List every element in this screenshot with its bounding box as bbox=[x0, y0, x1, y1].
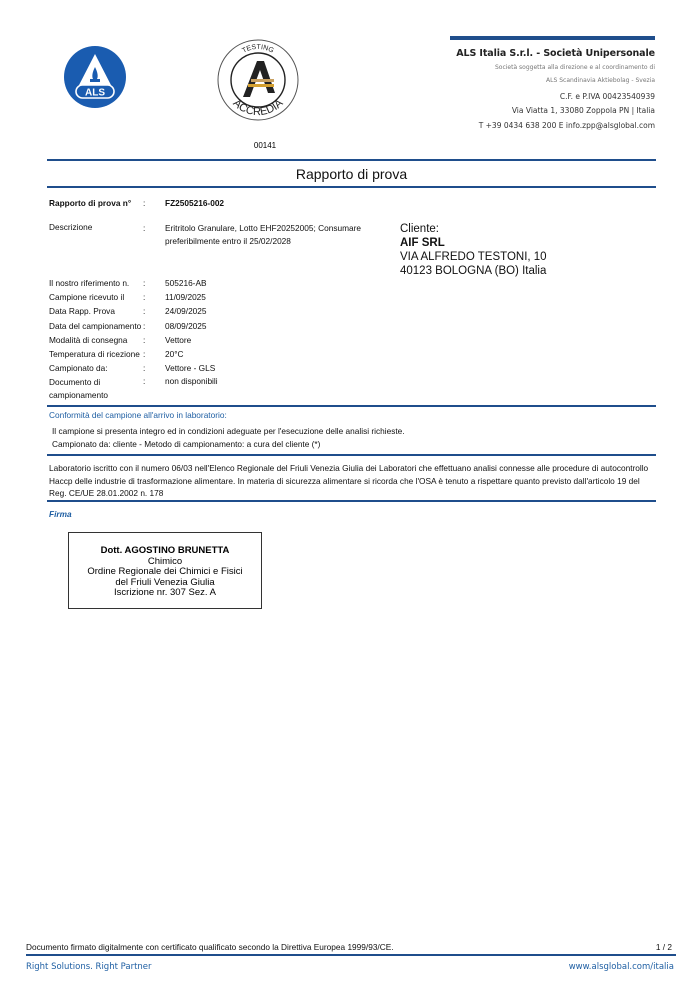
divider bbox=[47, 405, 656, 407]
field-label: Documento di campionamento bbox=[49, 376, 129, 401]
footer-divider bbox=[26, 954, 676, 956]
divider bbox=[47, 454, 656, 456]
description-label: Descrizione bbox=[49, 222, 144, 232]
colon: : bbox=[143, 349, 145, 359]
field-label: Campionato da: bbox=[49, 363, 144, 373]
client-block: Cliente: AIF SRL VIA ALFREDO TESTONI, 10… bbox=[400, 222, 547, 278]
signature-heading: Firma bbox=[49, 509, 72, 519]
client-address-1: VIA ALFREDO TESTONI, 10 bbox=[400, 250, 547, 264]
accredia-logo: TESTING ACCREDIA bbox=[217, 33, 299, 128]
company-sub-1: Società soggetta alla direzione e al coo… bbox=[456, 64, 655, 72]
als-logo: ALS bbox=[63, 45, 127, 109]
divider bbox=[47, 186, 656, 188]
field-value: 11/09/2025 bbox=[165, 292, 206, 302]
accreditation-number: 00141 bbox=[240, 141, 290, 150]
signer-registration: Iscrizione nr. 307 Sez. A bbox=[69, 588, 261, 599]
colon: : bbox=[143, 306, 145, 316]
company-header-bar bbox=[450, 36, 655, 40]
divider bbox=[47, 159, 656, 161]
field-value: 08/09/2025 bbox=[165, 321, 207, 331]
colon: : bbox=[143, 376, 145, 386]
client-name: AIF SRL bbox=[400, 236, 547, 250]
field-label: Campione ricevuto il bbox=[49, 292, 144, 302]
lab-registration-note: Laboratorio iscritto con il numero 06/03… bbox=[49, 462, 649, 500]
colon: : bbox=[143, 335, 145, 345]
colon: : bbox=[143, 223, 145, 233]
company-vat: C.F. e P.IVA 00423540939 bbox=[456, 92, 655, 101]
company-info: ALS Italia S.r.l. - Società Unipersonale… bbox=[456, 48, 655, 131]
field-label: Data del campionamento bbox=[49, 321, 144, 331]
signer-name: Dott. AGOSTINO BRUNETTA bbox=[69, 546, 261, 557]
footer-slogan: Right Solutions. Right Partner bbox=[26, 962, 152, 972]
colon: : bbox=[143, 321, 145, 331]
divider bbox=[47, 500, 656, 502]
conformity-line-1: Il campione si presenta integro ed in co… bbox=[52, 426, 405, 436]
field-value: Vettore bbox=[165, 335, 191, 345]
digital-signature-note: Documento firmato digitalmente con certi… bbox=[26, 942, 394, 952]
field-value: 24/09/2025 bbox=[165, 306, 207, 316]
client-label: Cliente: bbox=[400, 222, 547, 236]
colon: : bbox=[143, 292, 145, 302]
field-value: non disponibili bbox=[165, 376, 218, 386]
field-value: 505216-AB bbox=[165, 278, 207, 288]
description-line-2: preferibilmente entro il 25/02/2028 bbox=[165, 236, 291, 246]
description-line-1: Eritritolo Granulare, Lotto EHF20252005;… bbox=[165, 223, 361, 233]
conformity-title: Conformità del campione all'arrivo in la… bbox=[49, 410, 227, 420]
signer-order-1: Ordine Regionale dei Chimici e Fisici bbox=[69, 567, 261, 578]
colon: : bbox=[143, 278, 145, 288]
report-number-value: FZ2505216-002 bbox=[165, 198, 224, 208]
company-contact: T +39 0434 638 200 E info.zpp@alsglobal.… bbox=[456, 120, 655, 131]
field-value: Vettore - GLS bbox=[165, 363, 215, 373]
field-label: Modalità di consegna bbox=[49, 335, 144, 345]
page-title: Rapporto di prova bbox=[47, 166, 656, 182]
svg-text:ALS: ALS bbox=[85, 88, 105, 99]
company-sub-2: ALS Scandinavia Aktiebolag - Svezia bbox=[456, 77, 655, 85]
footer-website-link[interactable]: www.alsglobal.com/italia bbox=[569, 962, 674, 972]
colon: : bbox=[143, 363, 145, 373]
company-name: ALS Italia S.r.l. - Società Unipersonale bbox=[456, 48, 655, 59]
client-address-2: 40123 BOLOGNA (BO) Italia bbox=[400, 264, 547, 278]
conformity-line-2: Campionato da: cliente - Metodo di campi… bbox=[52, 439, 320, 449]
report-number-label: Rapporto di prova n° bbox=[49, 198, 144, 208]
signature-stamp: Dott. AGOSTINO BRUNETTA Chimico Ordine R… bbox=[68, 532, 262, 609]
colon: : bbox=[143, 198, 145, 208]
page-number: 1 / 2 bbox=[656, 942, 672, 952]
field-label: Temperatura di ricezione bbox=[49, 349, 144, 359]
field-label: Data Rapp. Prova bbox=[49, 306, 144, 316]
field-value: 20°C bbox=[165, 349, 184, 359]
field-label: Il nostro riferimento n. bbox=[49, 278, 144, 288]
company-address: Via Viatta 1, 33080 Zoppola PN | Italia bbox=[456, 105, 655, 116]
